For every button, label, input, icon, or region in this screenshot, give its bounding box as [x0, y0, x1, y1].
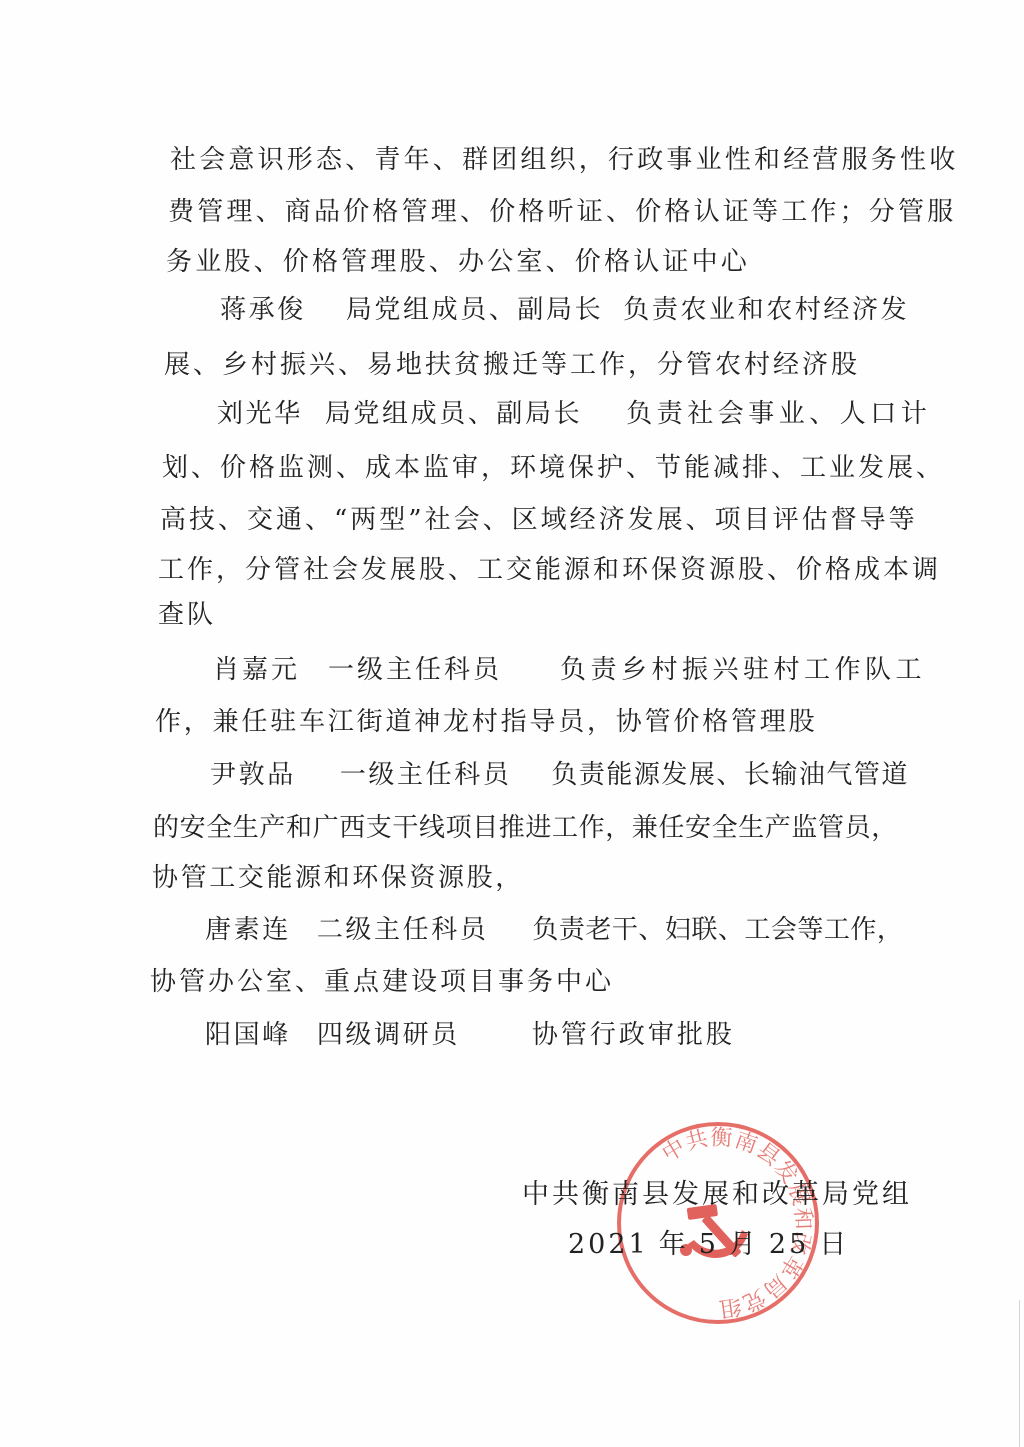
- staff-name: 刘光华: [217, 398, 303, 430]
- staff-name: 尹敦品: [210, 759, 296, 791]
- staff-name: 蒋承俊: [220, 294, 306, 326]
- staff-duty: 协管行政审批股: [532, 1019, 735, 1051]
- official-seal: 中共衡南县发展和改革局党组: [615, 1120, 821, 1326]
- staff-entry: 唐素连二级主任科员负责老干、妇联、工会等工作，: [205, 914, 903, 946]
- staff-entry: 阳国峰四级调研员协管行政审批股: [205, 1019, 735, 1051]
- date-month: 5: [699, 1229, 719, 1260]
- staff-duty: 负责农业和农村经济发: [623, 294, 909, 326]
- text-line: 的安全生产和广西支干线项目推进工作，兼任安全生产监管员，: [153, 812, 898, 844]
- staff-entry: 刘光华局党组成员、副局长负责社会事业、人口计: [217, 398, 931, 430]
- text-line: 费管理、商品价格管理、价格听证、价格认证等工作；分管服: [168, 196, 956, 228]
- text-line: 高技、交通、“两型”社会、区域经济发展、项目评估督导等: [160, 504, 918, 536]
- staff-title: 二级主任科员: [317, 914, 489, 946]
- staff-title: 四级调研员: [317, 1019, 460, 1051]
- text-line: 查队: [158, 599, 216, 631]
- date-day-unit: 日: [819, 1229, 849, 1260]
- staff-entry: 蒋承俊局党组成员、副局长负责农业和农村经济发: [220, 294, 909, 326]
- staff-title: 一级主任科员: [340, 759, 512, 791]
- staff-duty: 负责老干、妇联、工会等工作，: [532, 914, 903, 946]
- text-line: 协管办公室、重点建设项目事务中心: [150, 966, 614, 998]
- issuing-organization: 中共衡南县发展和改革局党组: [522, 1178, 912, 1212]
- staff-name: 肖嘉元: [213, 654, 300, 686]
- text-line: 社会意识形态、青年、群团组织，行政事业性和经营服务性收: [170, 144, 958, 176]
- staff-duty: 负责乡村振兴驻村工作队工: [560, 654, 926, 686]
- staff-name: 阳国峰: [205, 1019, 291, 1051]
- text-line: 协管工交能源和环保资源股，: [152, 862, 524, 894]
- text-line: 工作，分管社会发展股、工交能源和环保资源股、价格成本调: [158, 554, 941, 586]
- date-day: 25: [769, 1229, 809, 1260]
- staff-duty: 负责能源发展、长输油气管道: [551, 759, 909, 791]
- staff-title: 局党组成员、副局长: [325, 398, 582, 430]
- staff-name: 唐素连: [205, 914, 291, 946]
- staff-title: 局党组成员、副局长: [346, 294, 603, 326]
- text-line: 务业股、价格管理股、办公室、价格认证中心: [166, 246, 750, 278]
- staff-entry: 尹敦品一级主任科员负责能源发展、长输油气管道: [210, 759, 909, 791]
- text-line: 作，兼任驻车江街道神龙村指导员，协管价格管理股: [155, 706, 817, 738]
- staff-entry: 肖嘉元一级主任科员负责乡村振兴驻村工作队工: [213, 654, 926, 686]
- date-year-unit: 年: [659, 1229, 689, 1260]
- staff-title: 一级主任科员: [328, 654, 502, 686]
- date-year: 2021: [568, 1229, 649, 1260]
- text-line: 划、价格监测、成本监审，环境保护、节能减排、工业发展、: [162, 452, 945, 484]
- staff-duty: 负责社会事业、人口计: [626, 398, 931, 430]
- scan-edge-line: [1019, 1300, 1020, 1447]
- date-month-unit: 月: [729, 1229, 759, 1260]
- document-page: 社会意识形态、青年、群团组织，行政事业性和经营服务性收 费管理、商品价格管理、价…: [0, 0, 1024, 1447]
- issue-date: 2021年5月25日: [568, 1228, 859, 1262]
- text-line: 展、乡村振兴、易地扶贫搬迁等工作，分管农村经济股: [164, 349, 860, 381]
